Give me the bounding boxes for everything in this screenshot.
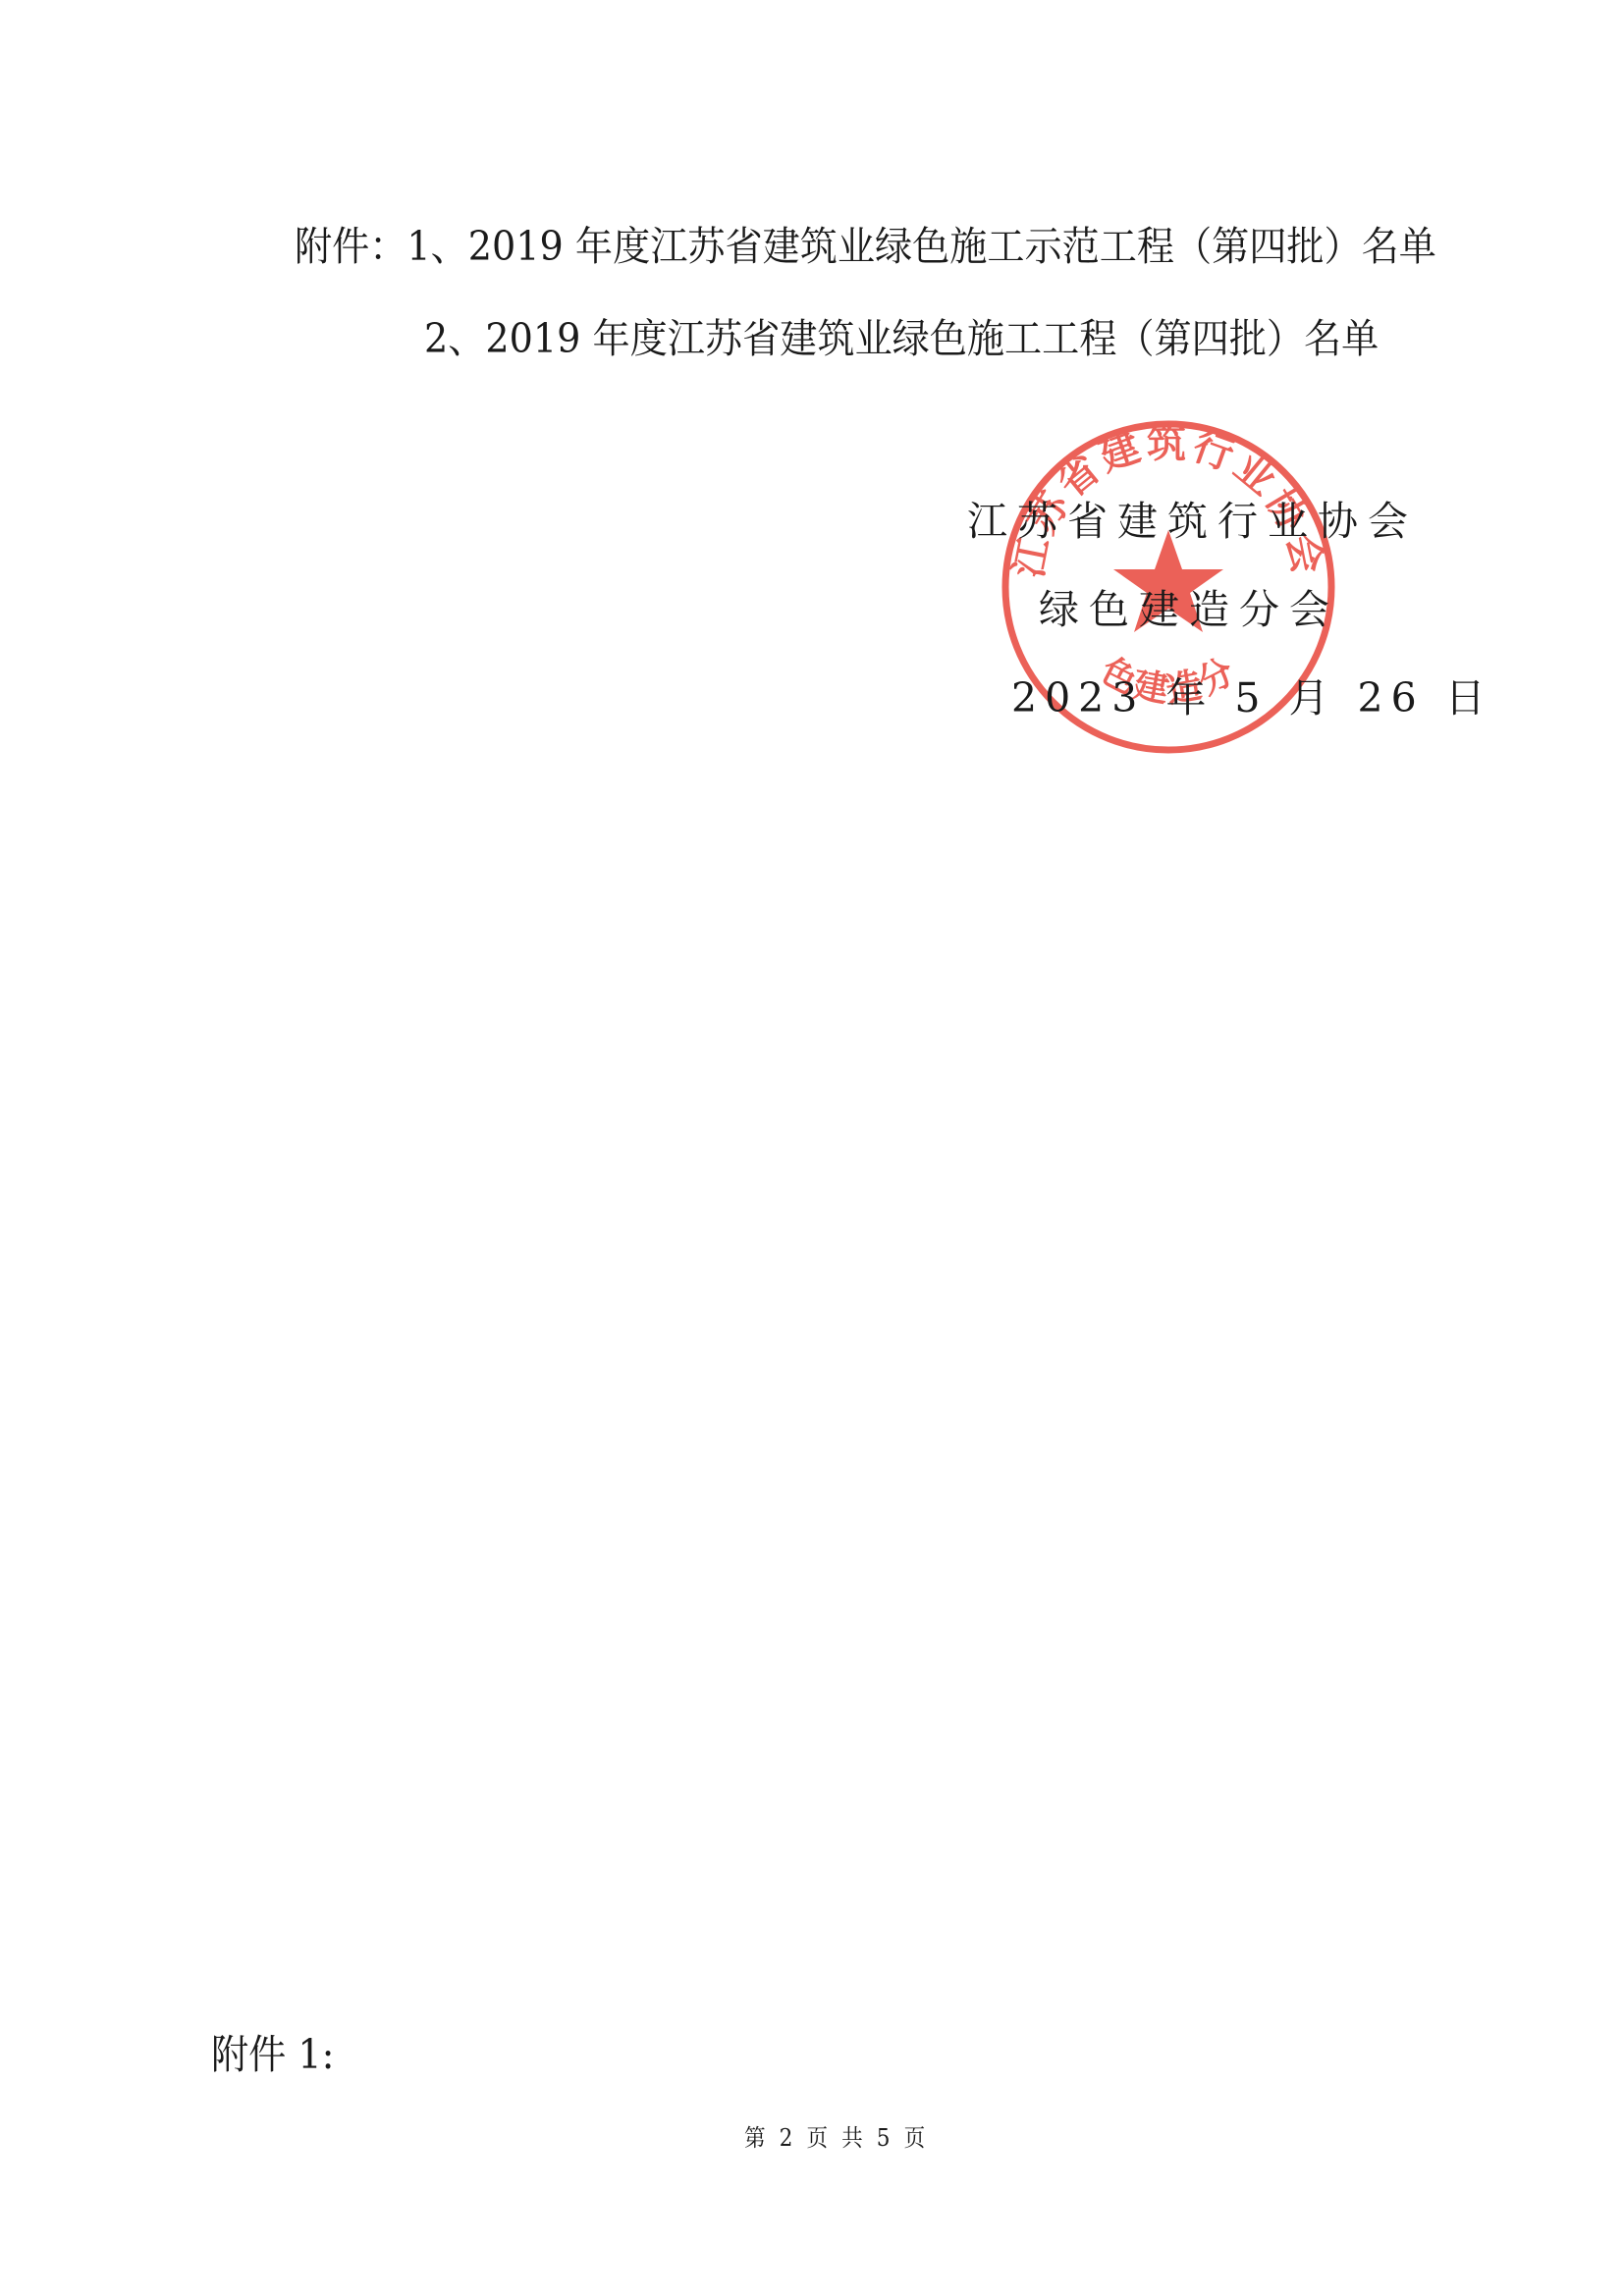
page-indicator: 第 2 页 共 5 页 [744,2118,929,2153]
attachment-line-2: 2、2019 年度江苏省建筑业绿色施工工程（第四批）名单 [424,306,1379,364]
annex-label: 附件 1: [211,2022,334,2080]
signature-date: 2023 年 5 月 26 日 [1011,666,1493,723]
attachment-line-1: 附件：1、2019 年度江苏省建筑业绿色施工示范工程（第四批）名单 [295,214,1436,272]
signature-branch: 绿色建造分会 [1039,577,1339,635]
signature-organization: 江苏省建筑行业协会 [967,489,1418,547]
